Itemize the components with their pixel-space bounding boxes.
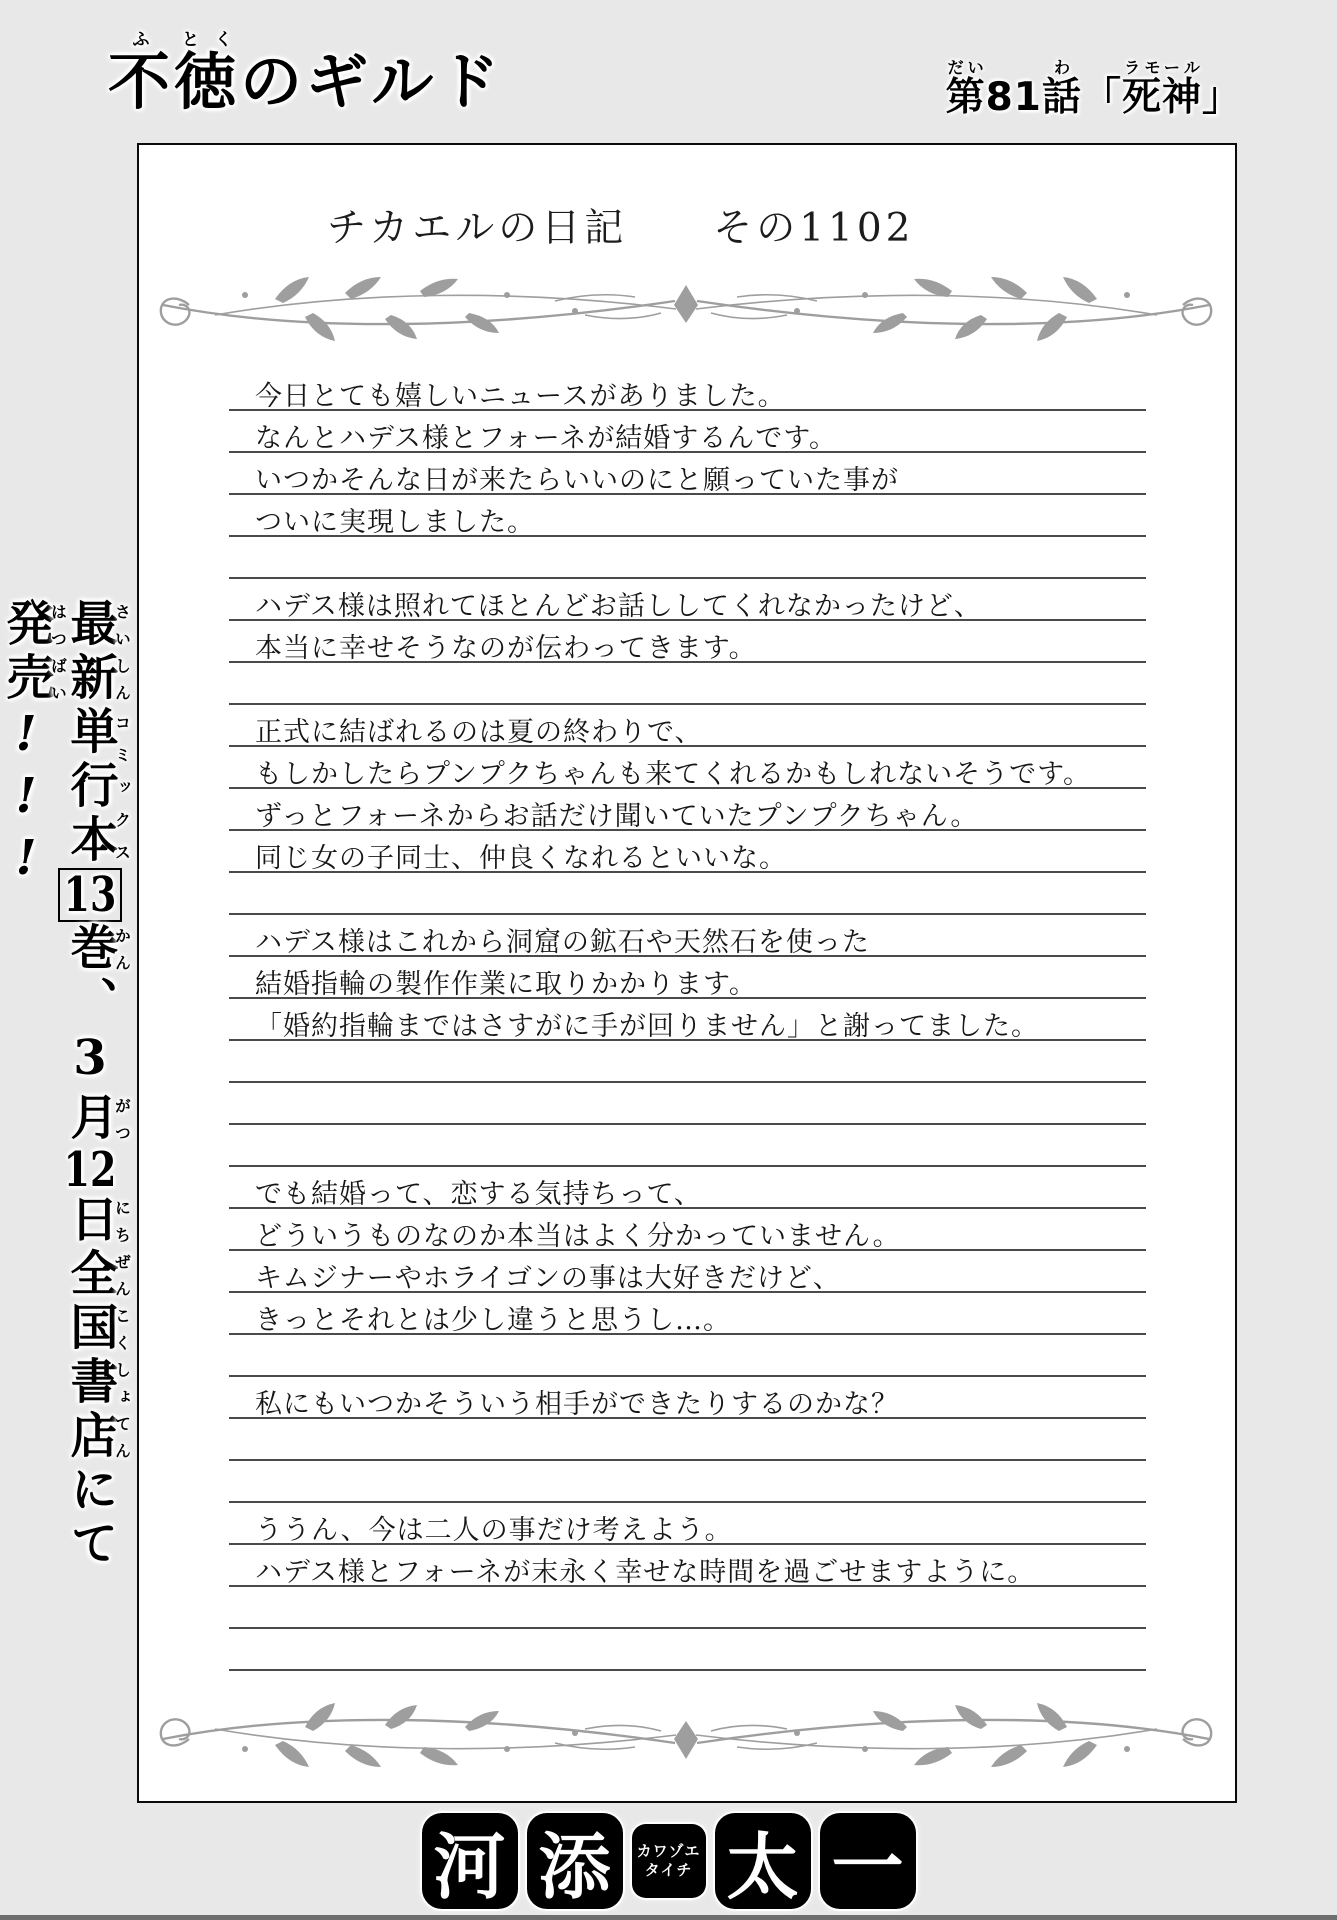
ruby-base-text: 日 [62, 1194, 118, 1248]
diary-ruled-line [229, 1419, 1146, 1461]
ruby-base-text: 書店 [62, 1356, 118, 1464]
floral-ornament-bottom [155, 1703, 1217, 1775]
ruby-base-text: のギルド [240, 45, 503, 118]
diary-line-text: でも結婚って、恋する気持ちって、 [255, 1179, 702, 1210]
diary-ruled-line [229, 1629, 1146, 1671]
ruby-segment: にて [62, 1464, 118, 1572]
ruby-segment: 全国ぜんこく [62, 1248, 118, 1356]
diary-line-text: 「婚約指輪まではさすがに手が回りません」と謝ってました。 [255, 1011, 1039, 1042]
ruby-segment: 12 [62, 1146, 118, 1194]
diary-line-text: なんとハデス様とフォーネが結婚するんです。 [255, 423, 837, 454]
diary-ruled-line: もしかしたらプンプクちゃんも来てくれるかもしれないそうです。 [229, 747, 1146, 789]
diary-ruled-line [229, 1335, 1146, 1377]
furigana-text: にち [113, 1194, 132, 1248]
ruby-base-text: 3 [62, 1030, 118, 1092]
ruby-base-text: !!! [0, 706, 54, 892]
ruby-segment: 話わ [1042, 75, 1082, 120]
ruby-base-text: にて [62, 1464, 118, 1572]
diary-line-text: ハデス様は照れてほとんどお話ししてくれなかったけど、 [255, 591, 982, 622]
diary-ruled-line: 結婚指輪の製作作業に取りかかります。 [229, 957, 1146, 999]
ruby-segment: 単行本コミックス [62, 706, 118, 868]
diary-line-text: ううん、今は二人の事だけ考えよう。 [255, 1515, 733, 1546]
ruby-segment: 徳とく [174, 45, 240, 118]
diary-ruled-line: ハデス様はこれから洞窟の鉱石や天然石を使った [229, 915, 1146, 957]
diary-sheet: チカエルの日記 その1102 [137, 143, 1237, 1803]
ruby-segment: 発売はつばい [0, 598, 54, 706]
diary-ruled-line: いつかそんな日が来たらいいのにと願っていた事が [229, 453, 1146, 495]
diary-ruled-line: 正式に結ばれるのは夏の終わりで、 [229, 705, 1146, 747]
diary-ruled-line [229, 537, 1146, 579]
furigana-text: しょてん [113, 1356, 132, 1464]
diary-ruled-line: 同じ女の子同士、仲良くなれるといいな。 [229, 831, 1146, 873]
series-title: 不ふ徳とくのギルド [108, 30, 503, 116]
diary-ruled-line: どういうものなのか本当はよく分かっていません。 [229, 1209, 1146, 1251]
ruby-base-text: 、 [62, 976, 118, 1030]
diary-ruled-line [229, 663, 1146, 705]
ruby-segment: 「 [1082, 75, 1122, 120]
furigana-text: ぜんこく [113, 1248, 132, 1356]
ruby-segment: のギルド [240, 45, 503, 118]
diary-line-text: もしかしたらプンプクちゃんも来てくれるかもしれないそうです。 [255, 759, 1091, 790]
diary-ruled-line: 「婚約指輪まではさすがに手が回りません」と謝ってました。 [229, 999, 1146, 1041]
author-reading-line: カワゾエ [637, 1842, 701, 1862]
ruby-base-text: 徳 [174, 45, 240, 118]
diary-title: チカエルの日記 その1102 [327, 197, 914, 253]
furigana-text: さいしん [113, 598, 132, 706]
author-reading-line: タイチ [645, 1861, 693, 1881]
diary-line-text: ハデス様はこれから洞窟の鉱石や天然石を使った [255, 927, 870, 958]
ruby-base-text: 「 [1082, 75, 1122, 120]
author-kanji-block: 添 [527, 1813, 623, 1909]
ruby-base-text: 話 [1042, 75, 1082, 120]
furigana-text: だい [946, 58, 986, 77]
furigana-text: はつばい [49, 598, 68, 706]
diary-line-text: ずっとフォーネからお話だけ聞いていたプンプクちゃん。 [255, 801, 978, 832]
diary-ruled-line [229, 1461, 1146, 1503]
diary-ruled-line [229, 873, 1146, 915]
furigana-text: かん [113, 922, 132, 976]
ruby-segment: 巻かん [62, 922, 118, 976]
diary-ruled-line: ついに実現しました。 [229, 495, 1146, 537]
ruby-segment: 最新さいしん [62, 598, 118, 706]
furigana-text: わ [1042, 58, 1082, 77]
author-reading-block: カワゾエタイチ [632, 1824, 706, 1898]
author-bar: 河添カワゾエタイチ太一 [0, 1813, 1337, 1909]
ruby-base-text: 第 [946, 75, 986, 120]
diary-line-text: 結婚指輪の製作作業に取りかかります。 [255, 969, 757, 1000]
ruby-base-text: 12 [62, 1146, 118, 1194]
diary-ruled-line: 本当に幸せそうなのが伝わってきます。 [229, 621, 1146, 663]
ruby-base-text: 単行本 [62, 706, 118, 868]
ruby-base-text: 」 [1202, 75, 1242, 120]
ruby-base-text: 全国 [62, 1248, 118, 1356]
diary-ruled-line: キムジナーやホライゴンの事は大好きだけど、 [229, 1251, 1146, 1293]
diary-line-text: 本当に幸せそうなのが伝わってきます。 [255, 633, 757, 664]
sidebar-volume-ad: 最新さいしん単行本コミックス13巻かん、3月がつ12日にち全国ぜんこく書店しょて… [34, 598, 130, 1828]
author-kanji-block: 太 [715, 1813, 811, 1909]
diary-line-text: 今日とても嬉しいニュースがありました。 [255, 381, 786, 412]
furigana-text: ふ [108, 30, 174, 50]
diary-line-text: どういうものなのか本当はよく分かっていません。 [255, 1221, 901, 1252]
ruby-segment: 」 [1202, 75, 1242, 120]
diary-ruled-line [229, 1041, 1146, 1083]
ruby-segment: 日にち [62, 1194, 118, 1248]
diary-ruled-line [229, 1587, 1146, 1629]
manga-diary-page: 不ふ徳とくのギルド 第だい81話わ「死神ラモール」 チカエルの日記 その1102 [0, 0, 1337, 1920]
diary-ruled-line: ハデス様とフォーネが末永く幸せな時間を過ごせますように。 [229, 1545, 1146, 1587]
ruby-segment: 月がつ [62, 1092, 118, 1146]
ruby-segment: 81 [986, 75, 1042, 120]
diary-ruled-line: ううん、今は二人の事だけ考えよう。 [229, 1503, 1146, 1545]
ruby-segment: 不ふ [108, 45, 174, 118]
ruby-base-text: 13 [58, 868, 122, 922]
ruby-segment: 3 [62, 1030, 118, 1092]
author-kanji-block: 一 [820, 1813, 916, 1909]
ruby-segment: 死神ラモール [1122, 75, 1202, 120]
diary-ruled-line: なんとハデス様とフォーネが結婚するんです。 [229, 411, 1146, 453]
diary-ruled-line: 今日とても嬉しいニュースがありました。 [229, 369, 1146, 411]
ruby-base-text: 月 [62, 1092, 118, 1146]
ruby-segment: 書店しょてん [62, 1356, 118, 1464]
ruby-base-text: 最新 [62, 598, 118, 706]
diary-line-text: ついに実現しました。 [255, 507, 535, 538]
floral-ornament-top [155, 269, 1217, 341]
diary-line-text: ハデス様とフォーネが末永く幸せな時間を過ごせますように。 [255, 1557, 1035, 1588]
diary-ruled-line: ずっとフォーネからお話だけ聞いていたプンプクちゃん。 [229, 789, 1146, 831]
diary-ruled-line: ハデス様は照れてほとんどお話ししてくれなかったけど、 [229, 579, 1146, 621]
ruby-base-text: 不 [108, 45, 174, 118]
diary-line-text: 同じ女の子同士、仲良くなれるといいな。 [255, 843, 787, 874]
furigana-text: がつ [113, 1092, 132, 1146]
diary-ruled-line: 私にもいつかそういう相手ができたりするのかな？ [229, 1377, 1146, 1419]
furigana-text: ラモール [1122, 58, 1202, 77]
ruby-base-text: 発売 [0, 598, 54, 706]
ruby-base-text: 死神 [1122, 75, 1202, 120]
ruby-base-text: 巻 [62, 922, 118, 976]
diary-line-text: いつかそんな日が来たらいいのにと願っていた事が [255, 465, 899, 496]
ruby-segment: !!! [0, 706, 54, 892]
ruby-base-text: 81 [986, 75, 1042, 120]
diary-line-text: 私にもいつかそういう相手ができたりするのかな？ [255, 1389, 899, 1420]
diary-ruled-line [229, 1125, 1146, 1167]
page-bottom-edge [0, 1915, 1337, 1920]
chapter-title: 第だい81話わ「死神ラモール」 [946, 58, 1242, 119]
ruby-segment: 、 [62, 976, 118, 1030]
ruby-segment: 13 [58, 868, 122, 922]
diary-ruled-line: でも結婚って、恋する気持ちって、 [229, 1167, 1146, 1209]
diary-line-text: きっとそれとは少し違うと思うし…。 [255, 1305, 731, 1336]
diary-line-text: キムジナーやホライゴンの事は大好きだけど、 [255, 1263, 841, 1294]
diary-ruled-line [229, 1083, 1146, 1125]
ruby-segment: 第だい [946, 75, 986, 120]
diary-line-text: 正式に結ばれるのは夏の終わりで、 [255, 717, 702, 748]
author-kanji-block: 河 [422, 1813, 518, 1909]
furigana-text: とく [174, 30, 240, 50]
diary-ruled-area: 今日とても嬉しいニュースがありました。なんとハデス様とフォーネが結婚するんです。… [229, 369, 1146, 1671]
furigana-text: コミックス [113, 706, 132, 868]
diary-ruled-line: きっとそれとは少し違うと思うし…。 [229, 1293, 1146, 1335]
